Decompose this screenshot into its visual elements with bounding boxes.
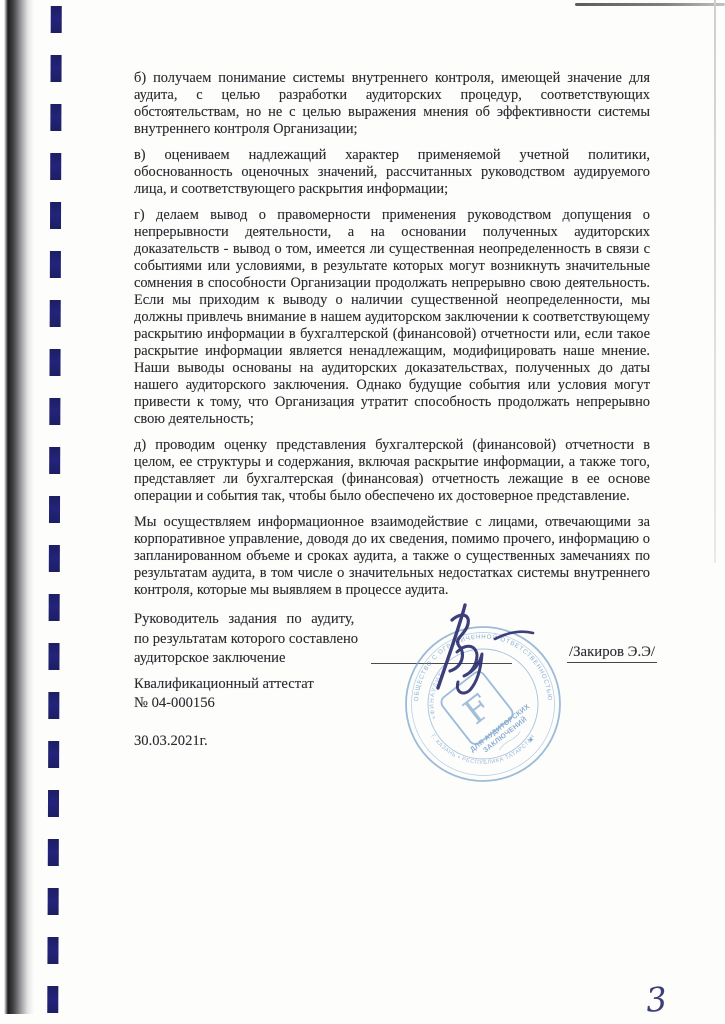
scan-artifact-line xyxy=(575,3,725,6)
signature-stroke xyxy=(457,646,482,693)
attestation-block: Квалификационный аттестат № 04-000156 xyxy=(134,675,434,713)
paragraph-communication: Мы осуществляем информационное взаимодей… xyxy=(134,514,650,599)
scan-edge-shadow xyxy=(0,0,34,1014)
signer-role-line: аудиторское заключение xyxy=(134,649,434,669)
scanned-audit-report-page: б) получаем понимание системы внутреннег… xyxy=(0,0,725,1024)
paragraph-b: б) получаем понимание системы внутреннег… xyxy=(134,70,650,138)
paragraph-d: д) проводим оценку представления бухгалт… xyxy=(134,437,650,505)
signer-role-line: по результатам которого составлено xyxy=(134,630,434,650)
signer-role-block: Руководитель задания по аудиту, по резул… xyxy=(134,610,434,669)
binding-stitch-marks xyxy=(47,6,62,1024)
signer-name: /Закиров Э.Э/ xyxy=(567,644,657,663)
signer-role-line: Руководитель задания по аудиту, xyxy=(134,610,434,630)
handwritten-signature xyxy=(398,593,548,703)
stamp-star-icon: ✦ xyxy=(527,735,535,745)
signature-flourish xyxy=(495,632,533,639)
handwritten-page-number: 3 xyxy=(644,979,668,1020)
scan-right-edge xyxy=(714,0,716,563)
paragraph-g: г) делаем вывод о правомерности применен… xyxy=(134,207,650,428)
attestation-title: Квалификационный аттестат xyxy=(134,675,434,694)
report-date: 30.03.2021г. xyxy=(134,733,208,750)
paragraph-v: в) оцениваем надлежащий характер применя… xyxy=(134,147,650,198)
document-body: б) получаем понимание системы внутреннег… xyxy=(134,70,650,608)
attestation-number: № 04-000156 xyxy=(134,694,434,713)
